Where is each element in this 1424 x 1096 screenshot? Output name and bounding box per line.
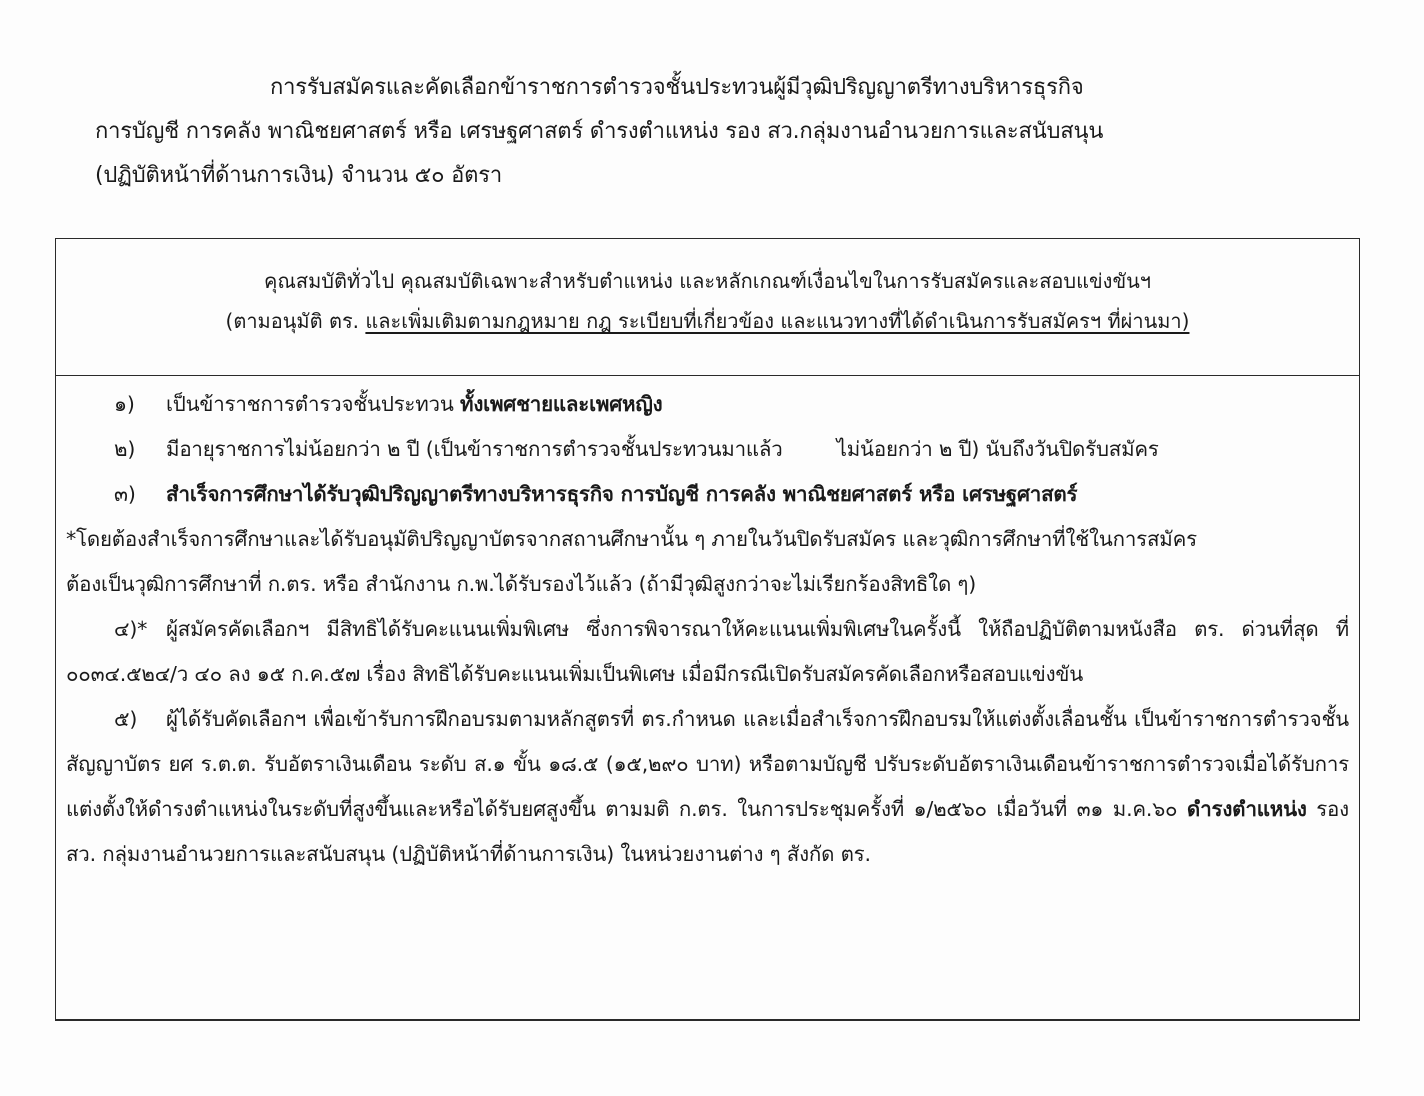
item-text: เป็นข้าราชการตำรวจชั้นประทวน [166, 392, 460, 416]
header-subtitle-underlined: และเพิ่มเติมตามกฎหมาย กฎ ระเบียบที่เกี่ย… [365, 309, 1189, 333]
item-text-a: ผู้ได้รับคัดเลือกฯ เพื่อเข้ารับการฝึกอบร… [66, 707, 1349, 821]
qualification-item-3-note-1: *โดยต้องสำเร็จการศึกษาและได้รับอนุมัติปร… [66, 517, 1349, 562]
intro-line-1: การรับสมัครและคัดเลือกข้าราชการตำรวจชั้น… [95, 66, 1360, 110]
qualification-item-5: ๕)ผู้ได้รับคัดเลือกฯ เพื่อเข้ารับการฝึกอ… [66, 697, 1349, 877]
qualification-item-2: ๒)มีอายุราชการไม่น้อยกว่า ๒ ปี (เป็นข้าร… [66, 427, 1349, 472]
item-number: ๔)* [114, 607, 166, 652]
qualification-item-3-note-2: ต้องเป็นวุฒิการศึกษาที่ ก.ตร. หรือ สำนัก… [66, 562, 1349, 607]
item-text-b: ไม่น้อยกว่า ๒ ปี) นับถึงวันปิดรับสมัคร [837, 437, 1159, 461]
item-number: ๑) [114, 382, 166, 427]
intro-paragraph: การรับสมัครและคัดเลือกข้าราชการตำรวจชั้น… [95, 66, 1360, 198]
item-text-bold: ทั้งเพศชายและเพศหญิง [460, 392, 662, 416]
header-subtitle-prefix: (ตามอนุมัติ ตร. [226, 309, 366, 333]
intro-line-2: การบัญชี การคลัง พาณิชยศาสตร์ หรือ เศรษฐ… [95, 110, 1360, 154]
item-text: ผู้สมัครคัดเลือกฯ มีสิทธิได้รับคะแนนเพิ่… [66, 617, 1349, 686]
qualification-item-1: ๑)เป็นข้าราชการตำรวจชั้นประทวน ทั้งเพศชา… [66, 382, 1349, 427]
header-subtitle: (ตามอนุมัติ ตร. และเพิ่มเติมตามกฎหมาย กฎ… [56, 301, 1359, 341]
qualification-item-3: ๓)สำเร็จการศึกษาได้รับวุฒิปริญญาตรีทางบร… [66, 472, 1349, 517]
intro-line-3: (ปฏิบัติหน้าที่ด้านการเงิน) จำนวน ๕๐ อัต… [95, 154, 1360, 198]
qualification-item-4: ๔)*ผู้สมัครคัดเลือกฯ มีสิทธิได้รับคะแนนเ… [66, 607, 1349, 697]
header-title: คุณสมบัติทั่วไป คุณสมบัติเฉพาะสำหรับตำแห… [56, 261, 1359, 301]
item-text-bold: สำเร็จการศึกษาได้รับวุฒิปริญญาตรีทางบริห… [166, 482, 1077, 506]
qualifications-list: ๑)เป็นข้าราชการตำรวจชั้นประทวน ทั้งเพศชา… [56, 376, 1359, 877]
item-number: ๕) [114, 697, 166, 742]
document-page: การรับสมัครและคัดเลือกข้าราชการตำรวจชั้น… [0, 0, 1424, 1096]
item-number: ๒) [114, 427, 166, 472]
item-text-bold: ดำรงตำแหน่ง [1187, 797, 1307, 821]
item-number: ๓) [114, 472, 166, 517]
qualifications-box: คุณสมบัติทั่วไป คุณสมบัติเฉพาะสำหรับตำแห… [55, 238, 1360, 1021]
qualifications-header: คุณสมบัติทั่วไป คุณสมบัติเฉพาะสำหรับตำแห… [56, 239, 1359, 376]
item-text-a: มีอายุราชการไม่น้อยกว่า ๒ ปี (เป็นข้าราช… [166, 437, 783, 461]
